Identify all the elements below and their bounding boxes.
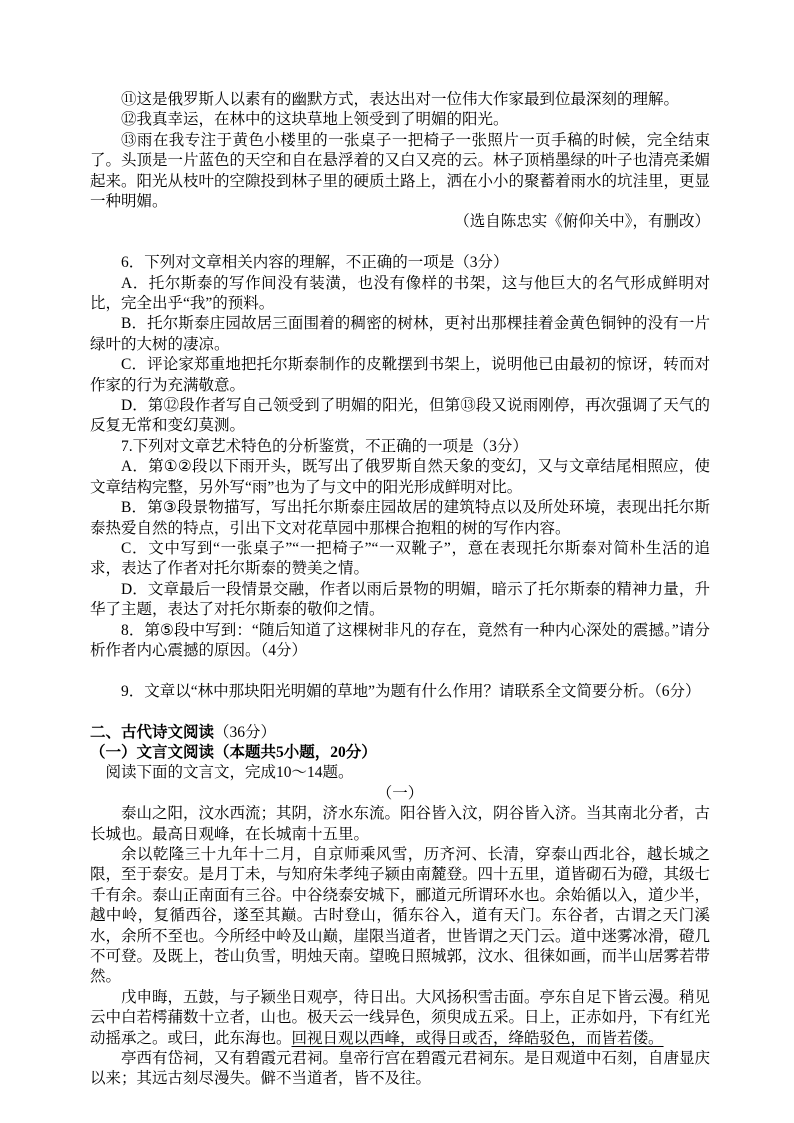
text-segment: C．评论家郑重地把托尔斯泰制作的皮靴摆到书架上，说明他已由最初的惊讶，转而对作家… <box>90 356 710 393</box>
text-segment: B．托尔斯泰庄园故居三面围着的稠密的树林，更衬出那棵挂着金黄色铜钟的没有一片绿叶… <box>90 315 710 352</box>
passage-paragraph-1: 泰山之阳，汶水西流；其阴，济水东流。阳谷皆入汶，阴谷皆入济。当其南北分者，古长城… <box>90 804 710 845</box>
text-segment: D．第⑫段作者写自己领受到了明媚的阳光，但第⑬段又说雨刚停，再次强调了天气的反复… <box>90 397 710 434</box>
question-6-option-b: B．托尔斯泰庄园故居三面围着的稠密的树林，更衬出那棵挂着金黄色铜钟的没有一片绿叶… <box>90 314 710 355</box>
text-segment: 亭西有岱祠，又有碧霞元君祠。皇帝行宫在碧霞元君祠东。是日观道中石刻，自唐显庆以来… <box>90 1050 710 1087</box>
text-segment: 回视日观以西峰，或得日或否，绛皓驳色，而皆若偻。 <box>292 1030 664 1047</box>
text-segment: 8．第⑤段中写到：“随后知道了这棵树非凡的存在，竟然有一种内心深处的震撼。”请分… <box>90 622 710 659</box>
text-segment: （36分） <box>214 724 276 741</box>
paragraph-12: ⑫我真幸运，在林中的这块草地上领受到了明媚的阳光。 <box>90 110 710 130</box>
subsection-1-heading: （一）文言文阅读（本题共5小题，20分） <box>90 743 710 763</box>
text-segment: A．第①②段以下雨开头，既写出了俄罗斯自然天象的变幻，又与文章结尾相照应，使文章… <box>90 458 710 495</box>
text-segment: ⑫我真幸运，在林中的这块草地上领受到了明媚的阳光。 <box>121 111 509 128</box>
text-segment: （一）文言文阅读（本题共5小题，20分） <box>90 744 377 761</box>
text-segment: （选自陈忠实《俯仰关中》，有删改） <box>454 213 710 230</box>
question-6-option-d: D．第⑫段作者写自己领受到了明媚的阳光，但第⑬段又说雨刚停，再次强调了天气的反复… <box>90 396 710 437</box>
text-segment: 7.下列对文章艺术特色的分析鉴赏，不正确的一项是（3分） <box>121 438 528 455</box>
paragraph-13: ⑬雨在我专注于黄色小楼里的一张桌子一把椅子一张照片一页手稿的时候，完全结束了。头… <box>90 131 710 213</box>
passage-paragraph-2: 余以乾隆三十九年十二月，自京师乘风雪，历齐河、长清，穿泰山西北谷，越长城之限，至… <box>90 845 710 988</box>
reading-instruction: 阅读下面的文言文，完成10～14题。 <box>90 763 710 783</box>
section-2-heading: 二、古代诗文阅读（36分） <box>90 723 710 743</box>
document-page: ⑪这是俄罗斯人以素有的幽默方式，表达出对一位伟大作家最到位最深刻的理解。⑫我真幸… <box>0 0 794 1123</box>
text-segment: ⑬雨在我专注于黄色小楼里的一张桌子一把椅子一张照片一页手稿的时候，完全结束了。头… <box>90 132 710 210</box>
question-7-option-a: A．第①②段以下雨开头，既写出了俄罗斯自然天象的变幻，又与文章结尾相照应，使文章… <box>90 457 710 498</box>
question-8: 8．第⑤段中写到：“随后知道了这棵树非凡的存在，竟然有一种内心深处的震撼。”请分… <box>90 621 710 662</box>
text-segment: A．托尔斯泰的写作间没有装潢，也没有像样的书架，这与他巨大的名气形成鲜明对比，完… <box>90 275 710 312</box>
text-segment: 阅读下面的文言文，完成10～14题。 <box>106 764 354 781</box>
text-segment: （一） <box>377 785 424 802</box>
paragraph-11: ⑪这是俄罗斯人以素有的幽默方式，表达出对一位伟大作家最到位最深刻的理解。 <box>90 90 710 110</box>
source-attribution: （选自陈忠实《俯仰关中》，有删改） <box>90 212 710 232</box>
text-segment: 9．文章以“林中那块阳光明媚的草地”为题有什么作用？请联系全文简要分析。（6分） <box>121 683 701 700</box>
text-segment: D．文章最后一段情景交融，作者以雨后景物的明媚，暗示了托尔斯泰的精神力量，升华了… <box>90 581 710 618</box>
question-7-option-b: B．第③段景物描写，写出托尔斯泰庄园故居的建筑特点以及所处环境，表现出托尔斯泰热… <box>90 498 710 539</box>
text-segment: 二、古代诗文阅读 <box>90 724 214 741</box>
text-segment: 泰山之阳，汶水西流；其阴，济水东流。阳谷皆入汶，阴谷皆入济。当其南北分者，古长城… <box>90 805 710 842</box>
text-segment: 6．下列对文章相关内容的理解，不正确的一项是（3分） <box>121 254 509 271</box>
passage-paragraph-4: 亭西有岱祠，又有碧霞元君祠。皇帝行宫在碧霞元君祠东。是日观道中石刻，自唐显庆以来… <box>90 1049 710 1090</box>
document-body: ⑪这是俄罗斯人以素有的幽默方式，表达出对一位伟大作家最到位最深刻的理解。⑫我真幸… <box>90 90 710 1090</box>
passage-number: （一） <box>90 784 710 804</box>
question-7: 7.下列对文章艺术特色的分析鉴赏，不正确的一项是（3分） <box>90 437 710 457</box>
question-6: 6．下列对文章相关内容的理解，不正确的一项是（3分） <box>90 253 710 273</box>
question-7-option-d: D．文章最后一段情景交融，作者以雨后景物的明媚，暗示了托尔斯泰的精神力量，升华了… <box>90 580 710 621</box>
text-segment: 余以乾隆三十九年十二月，自京师乘风雪，历齐河、长清，穿泰山西北谷，越长城之限，至… <box>90 846 710 985</box>
passage-paragraph-3: 戊申晦，五鼓，与子颍坐日观亭，待日出。大风扬积雪击面。亭东自足下皆云漫。稍见云中… <box>90 988 710 1049</box>
text-segment: ⑪这是俄罗斯人以素有的幽默方式，表达出对一位伟大作家最到位最深刻的理解。 <box>121 91 679 108</box>
question-6-option-c: C．评论家郑重地把托尔斯泰制作的皮靴摆到书架上，说明他已由最初的惊讶，转而对作家… <box>90 355 710 396</box>
text-segment: B．第③段景物描写，写出托尔斯泰庄园故居的建筑特点以及所处环境，表现出托尔斯泰热… <box>90 499 710 536</box>
question-6-option-a: A．托尔斯泰的写作间没有装潢，也没有像样的书架，这与他巨大的名气形成鲜明对比，完… <box>90 274 710 315</box>
question-9: 9．文章以“林中那块阳光明媚的草地”为题有什么作用？请联系全文简要分析。（6分） <box>90 682 710 702</box>
question-7-option-c: C．文中写到“一张桌子”“一把椅子”“一双靴子”，意在表现托尔斯泰对简朴生活的追… <box>90 539 710 580</box>
text-segment: C．文中写到“一张桌子”“一把椅子”“一双靴子”，意在表现托尔斯泰对简朴生活的追… <box>90 540 710 577</box>
